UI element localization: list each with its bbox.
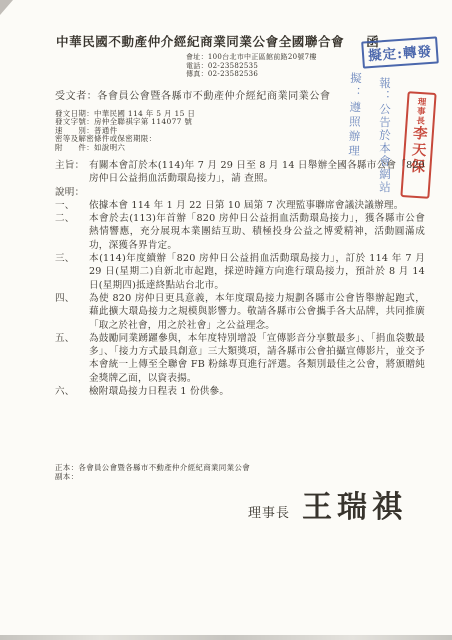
copies-block: 正本：各會員公會暨各縣市不動產仲介經紀商業同業公會 副本： [55,463,250,481]
cc-line: 副本： [55,472,250,481]
letter-body: 主旨： 有關本會訂於本(114)年 7 月 29 日至 8 月 14 日舉辦全國… [55,159,425,398]
list-item: 四、 為使 820 房仲日更具意義，本年度環島接力規劃各縣市公會皆舉辦起跑式，藉… [55,292,425,332]
item-number: 五、 [55,332,89,385]
recipient-line: 受文者：各會員公會暨各縣市不動產仲介經紀商業同業公會 [55,87,331,102]
list-item: 三、 本(114)年度續辦「820 房仲日公益捐血活動環島接力」，訂於 114 … [55,252,425,292]
item-text: 本(114)年度續辦「820 房仲日公益捐血活動環島接力」，訂於 114 年 7… [89,252,425,292]
handwritten-note-follow: 擬：遵照辦理 [346,72,364,159]
item-number: 四、 [55,292,89,332]
subject-label: 主旨： [55,159,89,186]
org-contact-block: 會址：100台北市中正區館前路20號7樓 電話：02-23582535 傳真：0… [186,53,317,79]
org-phone: 電話：02-23582535 [186,62,317,71]
item-text: 為鼓勵同業踴躍參與，本年度特別增設「宣傳影音分享數最多」、「捐血袋數最多」、「接… [89,332,425,385]
item-number: 二、 [55,212,89,252]
list-item: 六、 檢附環島接力日程表 1 份供參。 [55,385,425,398]
subject-text: 有關本會訂於本(114)年 7 月 29 日至 8 月 14 日舉辦全國各縣市公… [89,159,425,186]
approval-stamp: 擬定:轉發 [361,36,439,68]
item-number: 一、 [55,199,89,212]
subject-row: 主旨： 有關本會訂於本(114)年 7 月 29 日至 8 月 14 日舉辦全國… [55,159,425,186]
scanned-official-letter: 中華民國不動產仲介經紀商業同業公會全國聯合會函 會址：100台北市中正區館前路2… [0,0,452,640]
item-number: 三、 [55,252,89,292]
list-item: 一、 依據本會 114 年 1 月 22 日第 10 屆第 7 次理監事聯席會議… [55,199,425,212]
meta-attachment: 附 件：如說明六 [55,144,195,152]
chairman-title: 理事長 [248,502,290,521]
item-number: 六、 [55,385,89,398]
item-text: 依據本會 114 年 1 月 22 日第 10 屆第 7 次理監事聯席會議決議辦… [89,199,425,212]
seal-title: 理事長 [414,97,426,126]
chairman-name: 王瑞祺 [302,482,407,526]
org-title: 中華民國不動產仲介經紀商業同業公會全國聯合會 [56,34,344,49]
list-item: 二、 本會於去(113)年首辦「820 房仲日公益捐血活動環島接力」，獲各縣市公… [55,212,425,252]
original-copy-line: 正本：各會員公會暨各縣市不動產仲介經紀商業同業公會 [55,463,250,472]
signature-block: 理事長 王瑞祺 [248,482,407,526]
org-fax: 傳真：02-23582536 [186,70,317,79]
item-text: 為使 820 房仲日更具意義，本年度環島接力規劃各縣市公會皆舉辦起跑式，藉此擴大… [89,292,425,332]
recipient-label: 受文者： [55,91,97,102]
item-text: 檢附環島接力日程表 1 份供參。 [89,385,425,398]
document-header: 中華民國不動產仲介經紀商業同業公會全國聯合會函 [56,32,379,50]
explanation-label: 說明： [55,186,425,199]
scan-corner-artifact [0,0,13,15]
org-address: 會址：100台北市中正區館前路20號7樓 [186,53,317,62]
list-item: 五、 為鼓勵同業踴躍參與，本年度特別增設「宣傳影音分享數最多」、「捐血袋數最多」… [55,332,425,385]
item-text: 本會於去(113)年首辦「820 房仲日公益捐血活動環島接力」，獲各縣市公會熱情… [89,212,425,252]
meta-block: 發文日期：中華民國 114 年 5 月 15 日 發文字號：房仲全聯祺字第 11… [55,110,195,152]
recipient-value: 各會員公會暨各縣市不動產仲介經紀商業同業公會 [97,91,330,102]
scan-bottom-shadow [0,635,452,640]
